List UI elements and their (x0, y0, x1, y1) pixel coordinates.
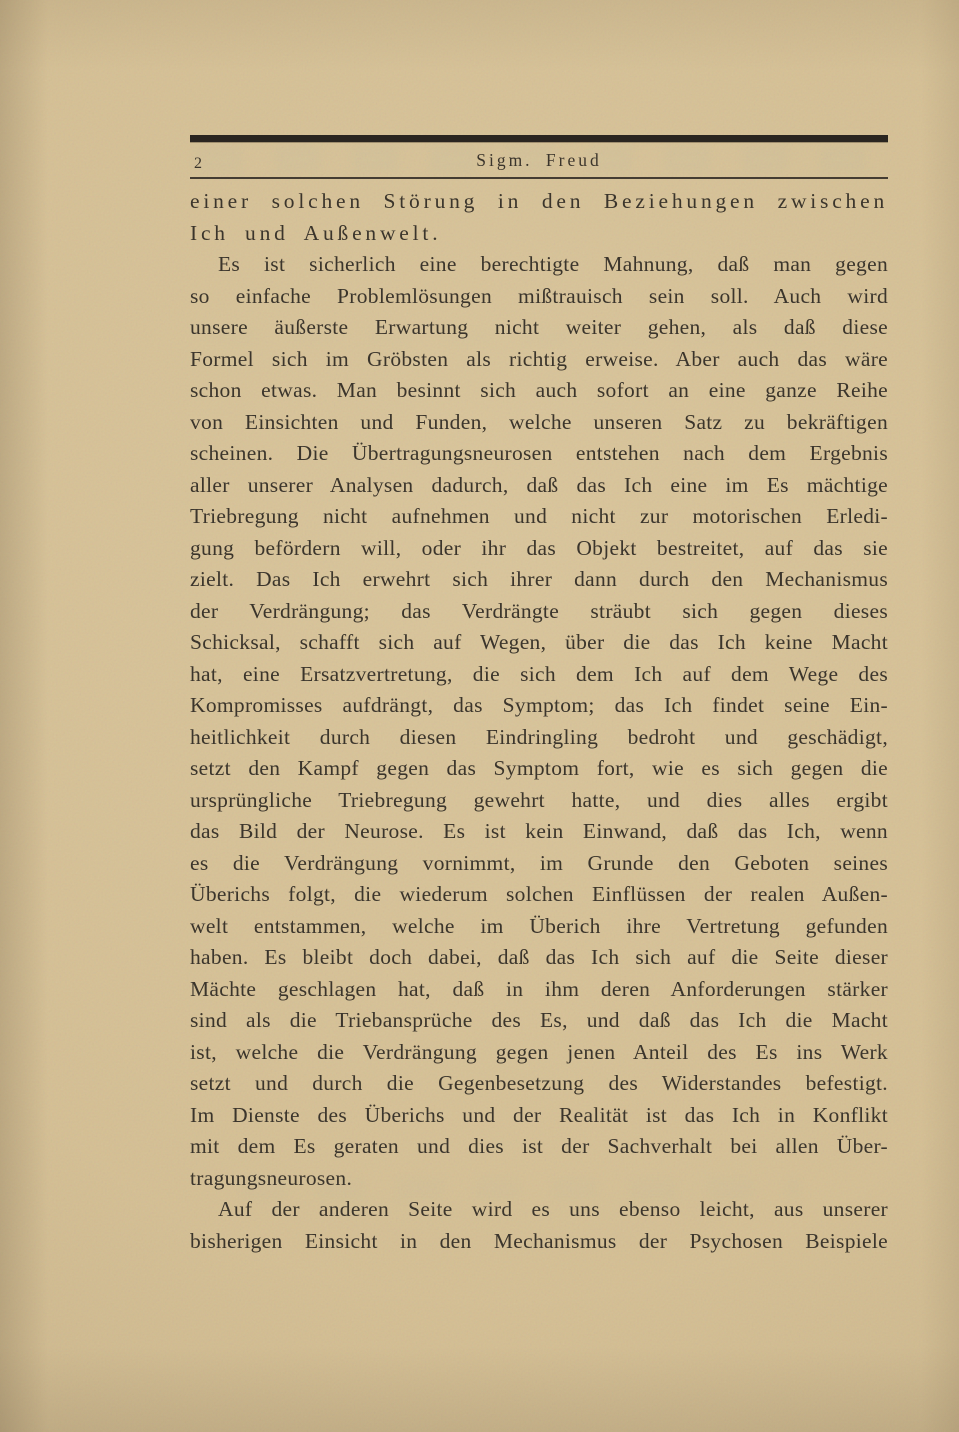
text-line: Auf der anderen Seite wird es uns ebenso… (190, 1194, 888, 1226)
text-line: Überichs folgt, die wiederum solchen Ein… (190, 879, 888, 911)
text-line: aller unserer Analysen dadurch, daß das … (190, 470, 888, 502)
text-line: es die Verdrängung vornimmt, im Grunde d… (190, 848, 888, 880)
text-line: Formel sich im Gröbsten als richtig erwe… (190, 344, 888, 376)
text-line: Im Dienste des Überichs und der Realität… (190, 1100, 888, 1132)
text-line: Schicksal, schafft sich auf Wegen, über … (190, 627, 888, 659)
text-line: das Bild der Neurose. Es ist kein Einwan… (190, 816, 888, 848)
text-line: Triebregung nicht aufnehmen und nicht zu… (190, 501, 888, 533)
page-number: 2 (194, 155, 203, 173)
text-line: Mächte geschlagen hat, daß in ihm deren … (190, 974, 888, 1006)
text-line: tragungsneurosen. (190, 1163, 888, 1195)
text-line: unsere äußerste Erwartung nicht weiter g… (190, 312, 888, 344)
text-line: welt entstammen, welche im Überich ihre … (190, 911, 888, 943)
text-line: ist, welche die Verdrängung gegen jenen … (190, 1037, 888, 1069)
text-line: zielt. Das Ich erwehrt sich ihrer dann d… (190, 564, 888, 596)
text-line: mit dem Es geraten und dies ist der Sach… (190, 1131, 888, 1163)
text-line: von Einsichten und Funden, welche unsere… (190, 407, 888, 439)
header-rule-thin (190, 177, 888, 179)
text-line: setzt den Kampf gegen das Symptom fort, … (190, 753, 888, 785)
text-line: haben. Es bleibt doch dabei, daß das Ich… (190, 942, 888, 974)
text-line: Es ist sicherlich eine berechtigte Mahnu… (190, 249, 888, 281)
text-line: scheinen. Die Übertragungsneurosen entst… (190, 438, 888, 470)
text-line: gung befördern will, oder ihr das Objekt… (190, 533, 888, 565)
text-line: sind als die Triebansprüche des Es, und … (190, 1005, 888, 1037)
running-head: Sigm. Freud (476, 150, 602, 171)
text-line: schon etwas. Man besinnt sich auch sofor… (190, 375, 888, 407)
book-page-scan: 2 Sigm. Freud einer solchen Störung in d… (0, 0, 959, 1432)
text-line: ursprüngliche Triebregung gewehrt hatte,… (190, 785, 888, 817)
text-line: setzt und durch die Gegenbesetzung des W… (190, 1068, 888, 1100)
page-header: 2 Sigm. Freud (190, 135, 888, 179)
text-line: hat, eine Ersatzvertretung, die sich dem… (190, 659, 888, 691)
header-rule-thick (190, 135, 888, 142)
text-line: der Verdrängung; das Verdrängte sträubt … (190, 596, 888, 628)
body-text: einer solchen Störung in den Beziehungen… (190, 186, 888, 1257)
text-line: heitlichkeit durch diesen Eindringling b… (190, 722, 888, 754)
header-row: 2 Sigm. Freud (190, 142, 888, 177)
text-line: so einfache Problemlösungen mißtrauisch … (190, 281, 888, 313)
text-line: Kompromisses aufdrängt, das Symptom; das… (190, 690, 888, 722)
text-line: Ich und Außenwelt. (190, 218, 888, 250)
text-line: einer solchen Störung in den Beziehungen… (190, 186, 888, 218)
text-line: bisherigen Einsicht in den Mechanismus d… (190, 1226, 888, 1258)
